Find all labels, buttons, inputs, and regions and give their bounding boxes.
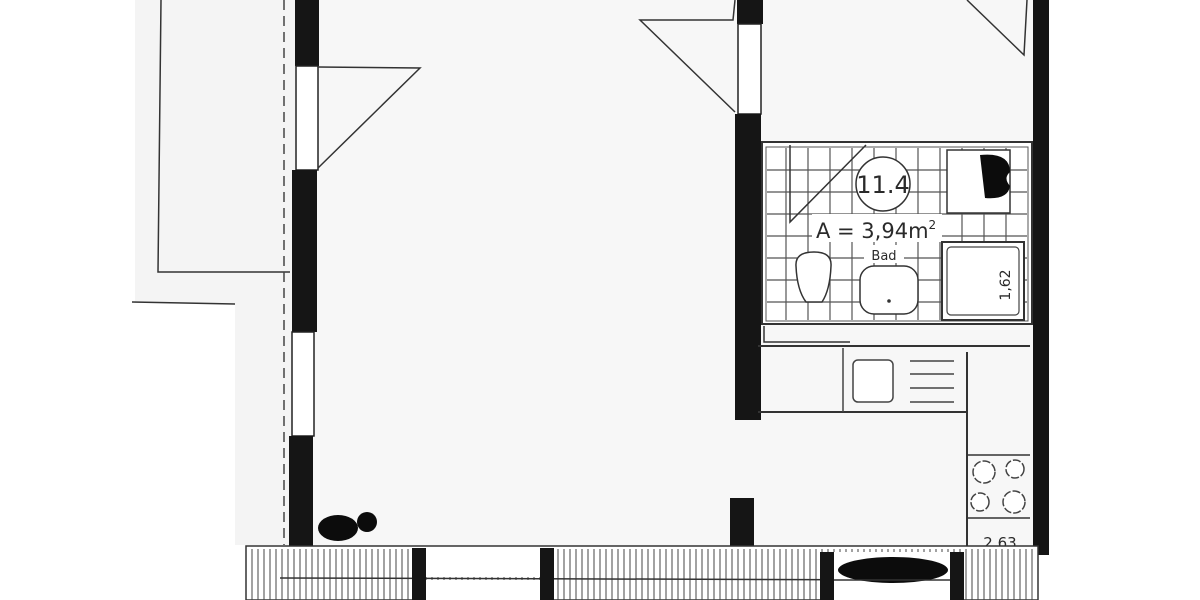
- floor-plan: 11.4 A = 3,94m2 Bad 1,62 2,63: [0, 0, 1200, 600]
- bathtub-dimension: 1,62: [998, 269, 1014, 300]
- kitchen-sink-icon: [853, 360, 893, 402]
- ink-blot: [980, 155, 1010, 199]
- room-name: Bad: [871, 249, 896, 264]
- window-opening: [292, 332, 314, 436]
- toilet-icon: [796, 252, 831, 302]
- balcony: [246, 546, 1038, 600]
- washbasin-icon: [860, 266, 918, 314]
- door-opening: [738, 24, 761, 114]
- right-wall: [1033, 0, 1049, 555]
- ink-blot: [838, 557, 948, 583]
- room-area: A = 3,94m2: [816, 218, 936, 243]
- room-number: 11.4: [856, 171, 909, 199]
- window-opening: [296, 66, 318, 170]
